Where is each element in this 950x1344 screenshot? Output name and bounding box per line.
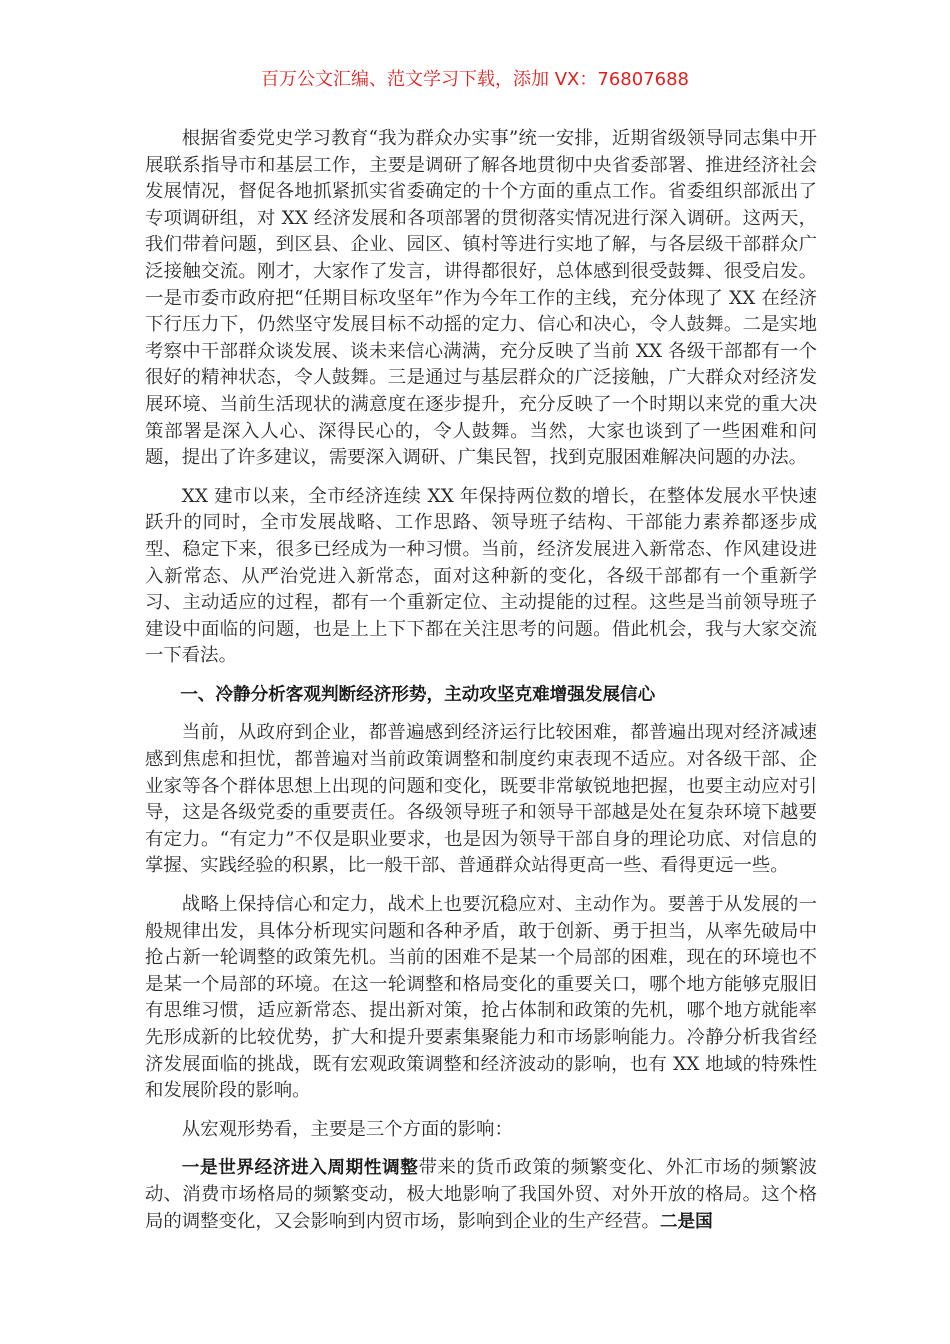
paragraph-section-2: 战略上保持信心和定力，战术上也要沉稳应对、主动作为。要善于从发展的一般规律出发，… xyxy=(145,892,817,1105)
promo-banner: 百万公文汇编、范文学习下载，添加 VX：76807688 xyxy=(0,68,950,92)
section-heading: 一、冷静分析客观判断经济形势，主动攻坚克难增强发展信心 xyxy=(145,682,817,709)
paragraph-section-4: 一是世界经济进入周期性调整带来的货币政策的频繁变化、外汇市场的频繁波动、消费市场… xyxy=(145,1155,817,1235)
paragraph-section-1: 当前，从政府到企业，都普遍感到经济运行比较困难，都普遍出现对经济减速感到焦虑和担… xyxy=(145,720,817,880)
paragraph-intro: 根据省委党史学习教育“我为群众办实事”统一安排，近期省级领导同志集中开展联系指导… xyxy=(145,126,817,472)
document-body: 根据省委党史学习教育“我为群众办实事”统一安排，近期省级领导同志集中开展联系指导… xyxy=(145,126,817,1247)
bold-tail-phrase: 二是国 xyxy=(660,1212,713,1232)
paragraph-context: XX 建市以来，全市经济连续 XX 年保持两位数的增长，在整体发展水平快速跃升的… xyxy=(145,484,817,670)
paragraph-section-3: 从宏观形势看，主要是三个方面的影响： xyxy=(145,1117,817,1144)
bold-lead-phrase: 一是世界经济进入周期性调整 xyxy=(182,1158,419,1178)
